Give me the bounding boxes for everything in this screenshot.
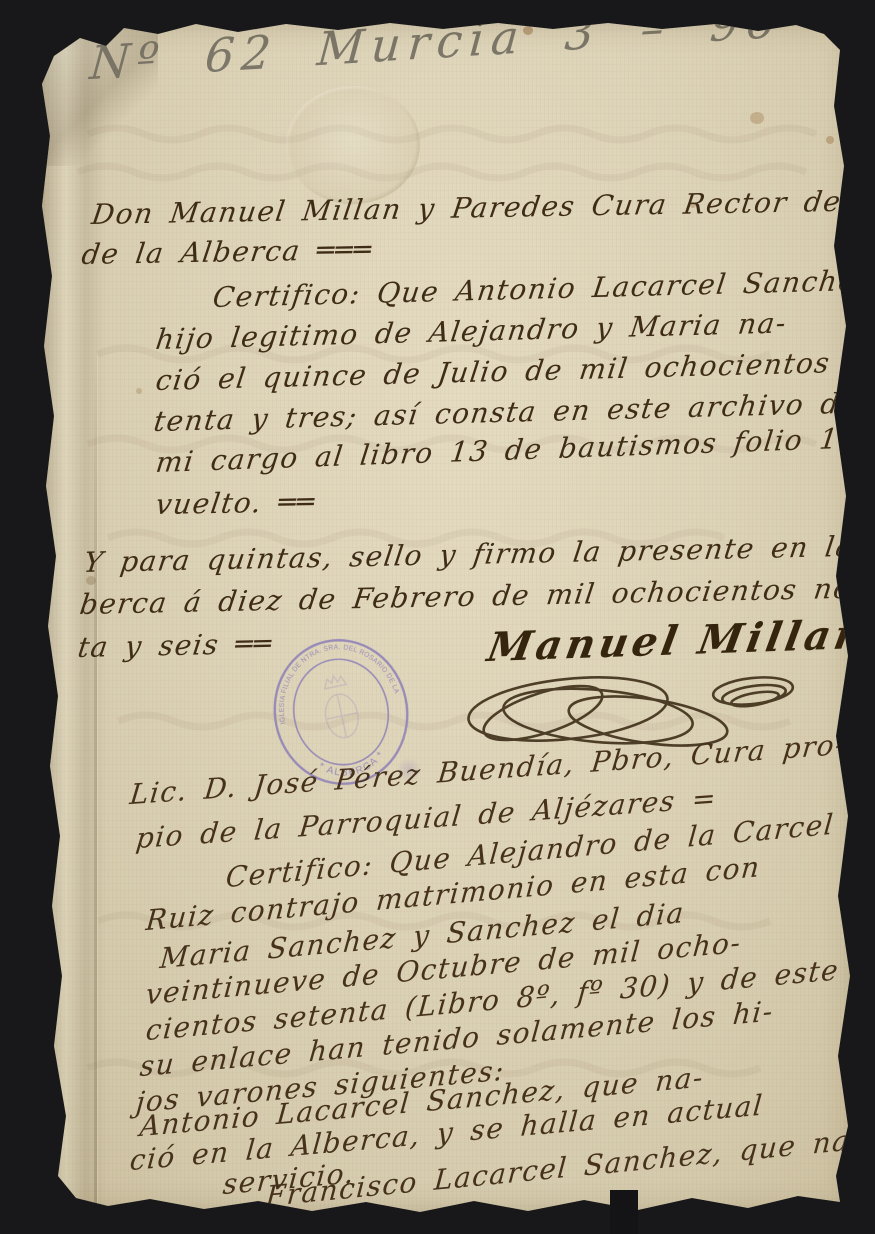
paper-stain [750, 112, 764, 124]
pencil-archival-note: Nº 62 Murcia 3 – 96 [88, 0, 785, 90]
paper-stain [826, 136, 834, 144]
document-scan-page: { "page": { "background_color": "#18181a… [0, 0, 875, 1234]
stamp-arc-text: IGLESIA FILIAL DE NTRA. SRA. DEL ROSARIO… [266, 633, 401, 725]
handwritten-line: ta y seis ══ [76, 627, 275, 664]
handwritten-line: berca á diez de Febrero de mil ochocient… [78, 570, 875, 621]
handwritten-line: hijo legitimo de Alejandro y Maria na- [154, 306, 789, 356]
embossed-crown-seal [286, 86, 420, 204]
paper-stain [136, 388, 142, 394]
handwritten-line: Y para quintas, sello y firmo la present… [82, 529, 875, 579]
handwritten-line: vuelto. ══ [154, 485, 318, 521]
document-paper: Nº 62 Murcia 3 – 96 Don Manuel Millan y … [28, 16, 860, 1220]
scan-clip-notch [610, 1190, 638, 1234]
svg-text:IGLESIA FILIAL DE NTRA. SRA. D: IGLESIA FILIAL DE NTRA. SRA. DEL ROSARIO… [266, 633, 401, 725]
paper-crease-line [94, 356, 97, 1220]
stamp-coat-of-arms [318, 672, 362, 740]
handwritten-line: Don Manuel Millan y Paredes Cura Rector … [90, 181, 875, 231]
handwritten-line: de la Alberca ═══ [80, 233, 375, 271]
